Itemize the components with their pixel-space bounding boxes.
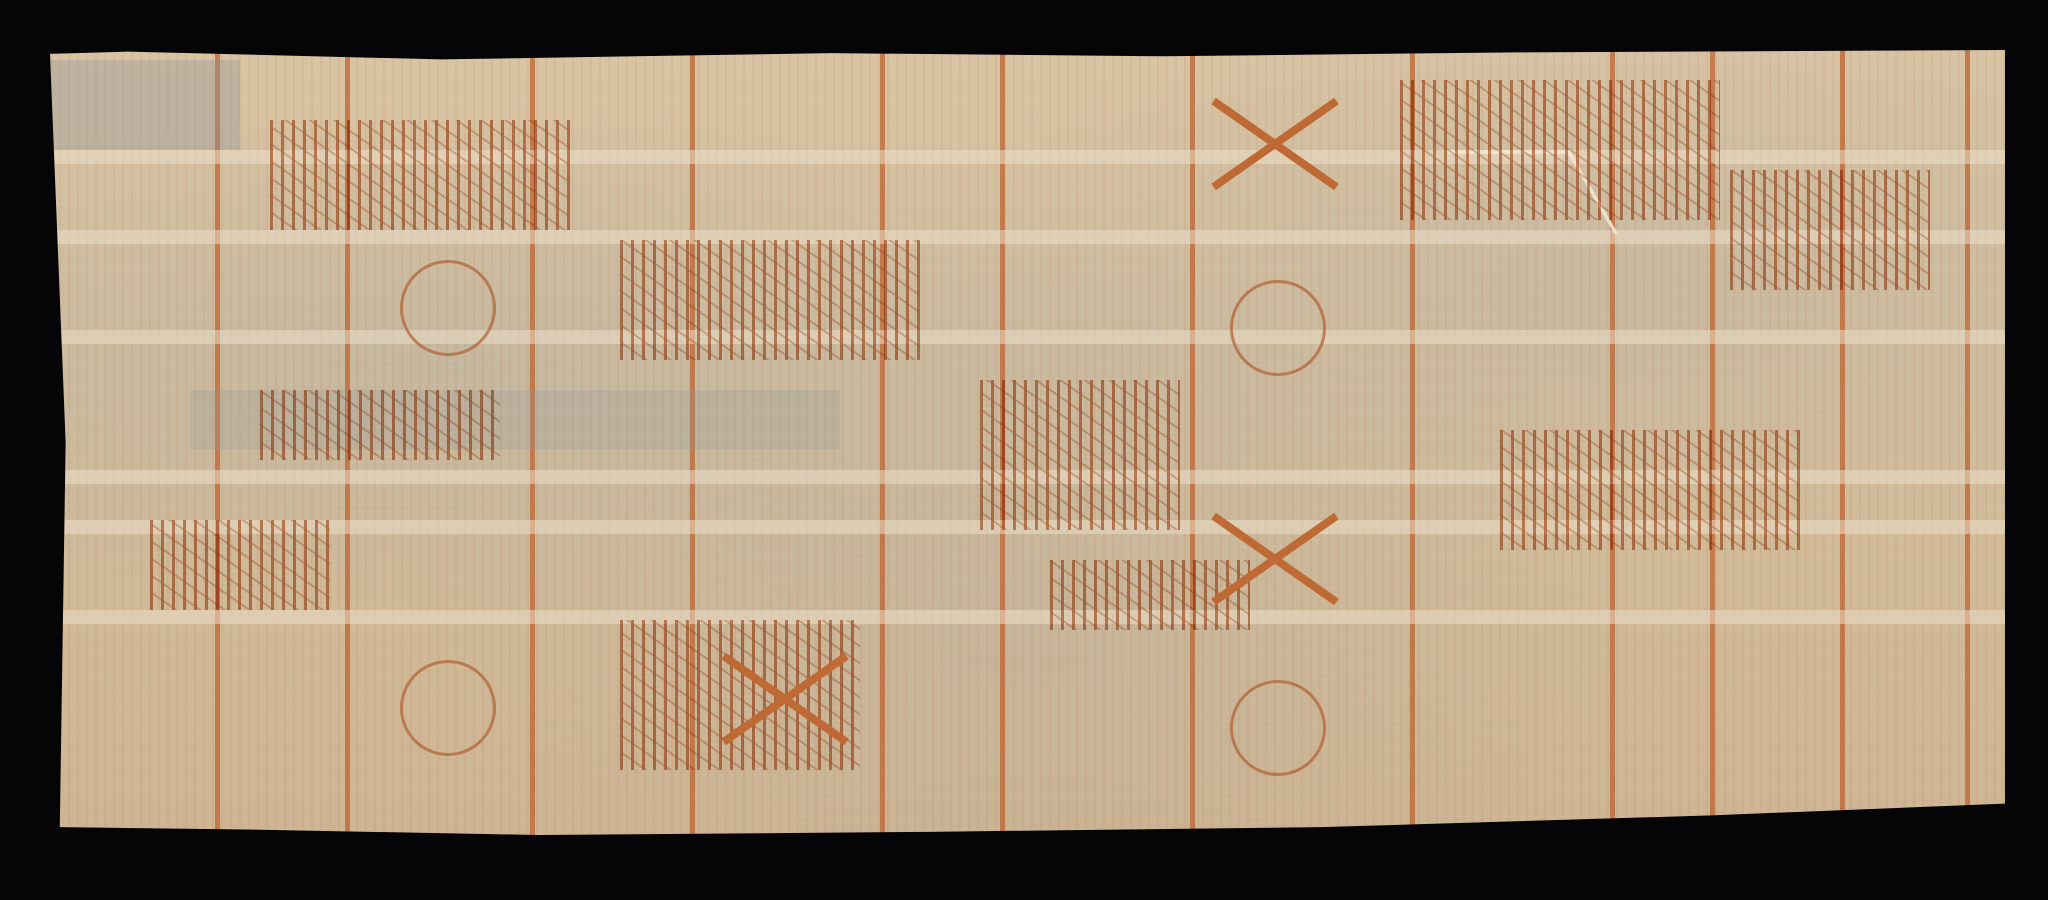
horizontal-band <box>50 330 2005 344</box>
cross-motif <box>1200 500 1350 610</box>
motif-block <box>1400 80 1720 220</box>
flower-motif <box>1230 680 1326 776</box>
horizontal-band <box>50 230 2005 244</box>
motif-block <box>980 380 1180 530</box>
horizontal-band <box>50 610 2005 624</box>
motif-block <box>150 520 330 610</box>
vertical-band <box>880 50 885 835</box>
vertical-band <box>1190 50 1195 835</box>
motif-block <box>620 240 920 360</box>
motif-block <box>1500 430 1800 550</box>
vertical-band <box>1965 50 1970 835</box>
flower-motif <box>400 660 496 756</box>
motif-block <box>260 390 500 460</box>
grey-stain-top-left <box>50 60 240 150</box>
flower-motif <box>1230 280 1326 376</box>
cross-motif <box>710 640 860 750</box>
motif-block <box>1730 170 1930 290</box>
flower-motif <box>400 260 496 356</box>
motif-block <box>270 120 570 230</box>
vertical-band <box>1840 50 1845 835</box>
barkcloth <box>50 50 2005 835</box>
cross-motif <box>1200 85 1350 195</box>
